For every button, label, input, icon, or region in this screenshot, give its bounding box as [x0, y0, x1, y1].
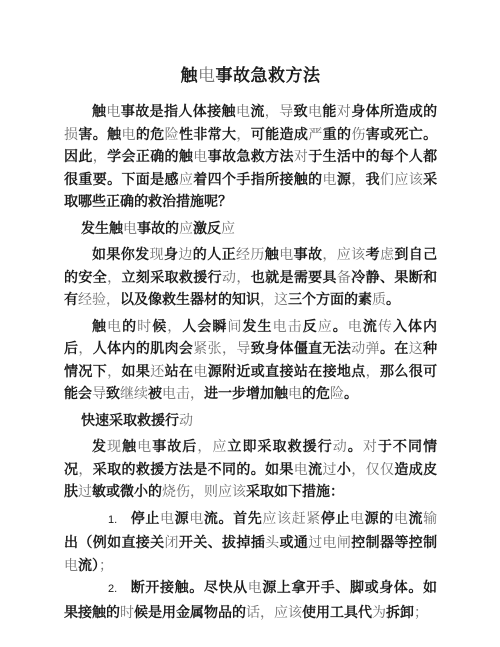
paragraph-text: 发现触电事故后，应立即采取救援行动。对于不同情况，采取的救援方法是不同的。如果电… — [64, 438, 437, 499]
fallback-glyph-run: 导 — [92, 385, 106, 401]
fallback-glyph-run: 动 — [333, 438, 348, 454]
fallback-glyph-run: 过 — [323, 461, 337, 477]
fallback-glyph-run: 损 — [64, 126, 78, 142]
fallback-glyph-run: 应 — [179, 220, 193, 236]
fallback-glyph-run: ， — [236, 126, 250, 142]
fallback-glyph-run: 电 — [193, 363, 207, 379]
fallback-glyph-run: 电 — [121, 126, 135, 142]
fallback-glyph-run: ， — [107, 269, 121, 285]
fallback-glyph-run: 电 — [288, 385, 302, 401]
section-heading-text: 快速采取救援行动 — [81, 412, 193, 428]
fallback-glyph-run: 动 — [179, 412, 193, 428]
fallback-glyph-run: 烧伤，则应该 — [162, 483, 246, 499]
fallback-glyph-run: ，应该 — [322, 246, 365, 262]
fallback-glyph-run: 还 — [150, 363, 164, 379]
fallback-glyph-run: ，应 — [197, 438, 227, 454]
fallback-glyph-run: 电 — [248, 579, 263, 595]
fallback-glyph-run: 传 — [378, 318, 393, 334]
fallback-glyph-run: 电 — [350, 510, 365, 526]
fallback-glyph-run: 时 — [120, 604, 134, 620]
fallback-glyph-run: 电 — [160, 510, 175, 526]
fallback-glyph-run: ； — [414, 604, 428, 620]
fallback-glyph-run: 头 — [265, 534, 279, 550]
section-heading: 发生触电事故的应激反应 — [64, 217, 437, 240]
fallback-glyph-run: 时 — [137, 318, 152, 334]
fallback-glyph-run: 电 — [193, 148, 207, 164]
paragraph: 发现触电事故后，应立即采取救援行动。对于不同情况，采取的救援方法是不同的。如果电… — [64, 435, 437, 503]
fallback-glyph-run: ，导 — [265, 103, 294, 119]
fallback-glyph-run: 电 — [189, 510, 204, 526]
paragraph: 如果你发现身边的人正经历触电事故，应该考虑到自己的安全，立刻采取救援行动，也就是… — [64, 243, 437, 311]
fallback-glyph-run: ， — [366, 363, 380, 379]
fallback-glyph-run: 电 — [236, 103, 250, 119]
fallback-glyph-run: 电 — [308, 103, 322, 119]
paragraph-text: 触电的时候，人会瞬间发生电击反应。电流传入体内后，人体内的肌肉会紧张，导致身体僵… — [64, 318, 437, 402]
fallback-glyph-run: 电 — [107, 318, 122, 334]
fallback-glyph-run: 虑 — [380, 246, 394, 262]
fallback-glyph-run: 对 — [294, 148, 308, 164]
paragraph: 触电的时候，人会瞬间发生电击反应。电流传入体内后，人体内的肌肉会紧张，导致身体僵… — [64, 315, 437, 405]
fallback-glyph-run: 电 — [137, 438, 152, 454]
fallback-glyph-run: 现 — [107, 438, 122, 454]
fallback-glyph-run: ， — [93, 148, 107, 164]
document-body: 触电事故是指人体接触电流，导致电能对身体所造成的损害。触电的危险性非常大，可能造… — [64, 100, 437, 623]
fallback-glyph-run: 过电闸 — [308, 534, 351, 550]
fallback-glyph-run: ， — [78, 340, 92, 356]
fallback-glyph-run: 电 — [294, 461, 308, 477]
fallback-glyph-run: 闭 — [165, 534, 179, 550]
paragraph-text: 如果你发现身边的人正经历触电事故，应该考虑到自己的安全，立刻采取救援行动，也就是… — [64, 246, 437, 307]
list-number: 1. — [108, 514, 117, 526]
fallback-glyph-run: 为 — [372, 604, 386, 620]
fallback-glyph-run: 对 — [363, 438, 378, 454]
fallback-glyph-run: 动， — [222, 269, 251, 285]
fallback-glyph-run: ，仅仅 — [351, 461, 394, 477]
fallback-glyph-run: 电 — [64, 557, 78, 573]
fallback-glyph-run: 们应该 — [380, 171, 423, 187]
fallback-glyph-run: 输 — [423, 510, 437, 526]
fallback-glyph-run: 险 — [165, 126, 179, 142]
fallback-glyph-run: 过 — [78, 483, 92, 499]
fallback-glyph-run: ， — [78, 461, 92, 477]
list-item: 2.断开接触。尽快从电源上拿开手、脚或身体。如果接触的时候是用金属物品的话，应该… — [64, 576, 437, 623]
fallback-glyph-run: 电 — [323, 171, 337, 187]
fallback-glyph-run: 电 — [348, 318, 363, 334]
paragraph-text: 触电事故是指人体接触电流，导致电能对身体所造成的损害。触电的危险性非常大，可能造… — [64, 103, 437, 209]
fallback-glyph-run: 伤 — [351, 126, 365, 142]
fallback-glyph-run: 应 — [221, 220, 235, 236]
fallback-glyph-run: 电击 — [273, 318, 303, 334]
fallback-glyph-run: 话，应该 — [246, 604, 302, 620]
fallback-glyph-run: 现 — [150, 246, 164, 262]
fallback-glyph-run: 对 — [337, 103, 351, 119]
fallback-glyph-run: 严 — [308, 126, 322, 142]
list-number: 2. — [108, 583, 117, 595]
fallback-glyph-run: 间 — [227, 318, 242, 334]
fallback-glyph-run: 经验， — [78, 291, 120, 307]
list-item: 1.停止电源电流。首先应该赶紧停止电源的电流输出（例如直接关闭开关、拔掉插头或通… — [64, 507, 437, 577]
document-page: 触电事故急救方法 触电事故是指人体接触电流，导致电能对身体所造成的损害。触电的危… — [0, 0, 500, 647]
paragraph: 触电事故是指人体接触电流，导致电能对身体所造成的损害。触电的危险性非常大，可能造… — [64, 100, 437, 213]
fallback-glyph-run: 边 — [178, 246, 192, 262]
fallback-glyph-run: 备 — [337, 269, 351, 285]
fallback-glyph-run: ，这 — [260, 291, 288, 307]
section-heading: 快速采取救援行动 — [64, 409, 437, 432]
fallback-glyph-run: 应该赶紧 — [262, 510, 320, 526]
fallback-glyph-run: 险 — [330, 385, 344, 401]
fallback-glyph-run: 经历 — [236, 246, 265, 262]
document-title-text: 触电事故急救方法 — [181, 66, 321, 85]
section-heading-text: 发生触电事故的应激反应 — [81, 220, 235, 236]
fallback-glyph-run: 电 — [106, 103, 120, 119]
list-item-text: 停止电源电流。首先应该赶紧停止电源的电流输出（例如直接关闭开关、拔掉插头或通过电… — [64, 510, 437, 573]
fallback-glyph-run: 紧张，导 — [193, 340, 250, 356]
list-item-text: 断开接触。尽快从电源上拿开手、脚或身体。如果接触的时候是用金属物品的话，应该使用… — [64, 579, 437, 620]
fallback-glyph-run: 电 — [123, 220, 137, 236]
fallback-glyph-run: 电 — [279, 246, 293, 262]
document-title: 触电事故急救方法 — [64, 62, 437, 89]
fallback-glyph-run: 电击， — [162, 385, 204, 401]
fallback-glyph-run: ， — [167, 318, 182, 334]
fallback-glyph-run: ， — [351, 171, 365, 187]
fallback-glyph-run: 电 — [394, 510, 409, 526]
fallback-glyph-run: 电 — [198, 66, 216, 85]
fallback-glyph-run: 应 — [179, 171, 193, 187]
fallback-glyph-run: ； — [99, 557, 113, 573]
fallback-glyph-run: 应 — [318, 318, 333, 334]
fallback-glyph-run: 动弹 — [351, 340, 380, 356]
fallback-glyph-run: 继续 — [120, 385, 148, 401]
fallback-glyph-run: 这 — [409, 340, 423, 356]
fallback-glyph-run: 质 — [372, 291, 386, 307]
fallback-glyph-run: ， — [107, 363, 121, 379]
